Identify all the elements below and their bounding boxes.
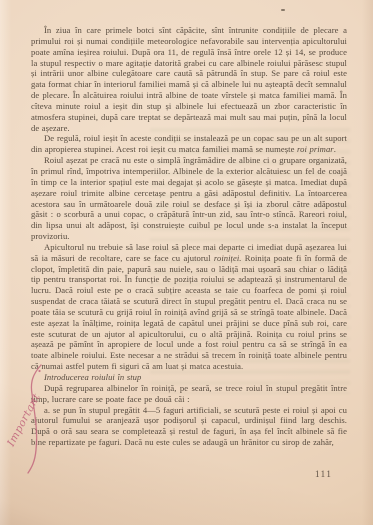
- ink-speck: [281, 9, 285, 11]
- scanned-book-page: În ziua în care primele botci sînt căpăc…: [0, 0, 373, 525]
- margin-brace-mark: [27, 364, 45, 476]
- paragraph-hive-introduction: După regruparea albinelor în roiniță, pe…: [31, 383, 347, 405]
- paragraph-method-a: a. se pun în stupul pregătit 4—5 faguri …: [31, 405, 347, 448]
- paragraph-text: Roinița poate fi în formă de clopot, împ…: [31, 253, 347, 371]
- paragraph-swarm-cluster: Roiul așezat pe cracă nu este o simplă î…: [31, 155, 347, 242]
- section-heading: Introducerea roiului în stup: [31, 372, 347, 383]
- italic-term-roinita: roiniței.: [214, 253, 242, 263]
- italic-term-roi-primar: roi primar: [297, 144, 334, 154]
- paragraph-primary-swarm: De regulă, roiul ieșit în aceste condiți…: [31, 133, 347, 155]
- paragraph-text: .: [334, 144, 336, 154]
- page-number: 111: [315, 469, 332, 479]
- text-block: În ziua în care primele botci sînt căpăc…: [31, 25, 347, 448]
- paragraph-swarm-collection: Apicultorul nu trebuie să lase roiul să …: [31, 242, 347, 372]
- paragraph-swarm-departure: În ziua în care primele botci sînt căpăc…: [31, 25, 347, 133]
